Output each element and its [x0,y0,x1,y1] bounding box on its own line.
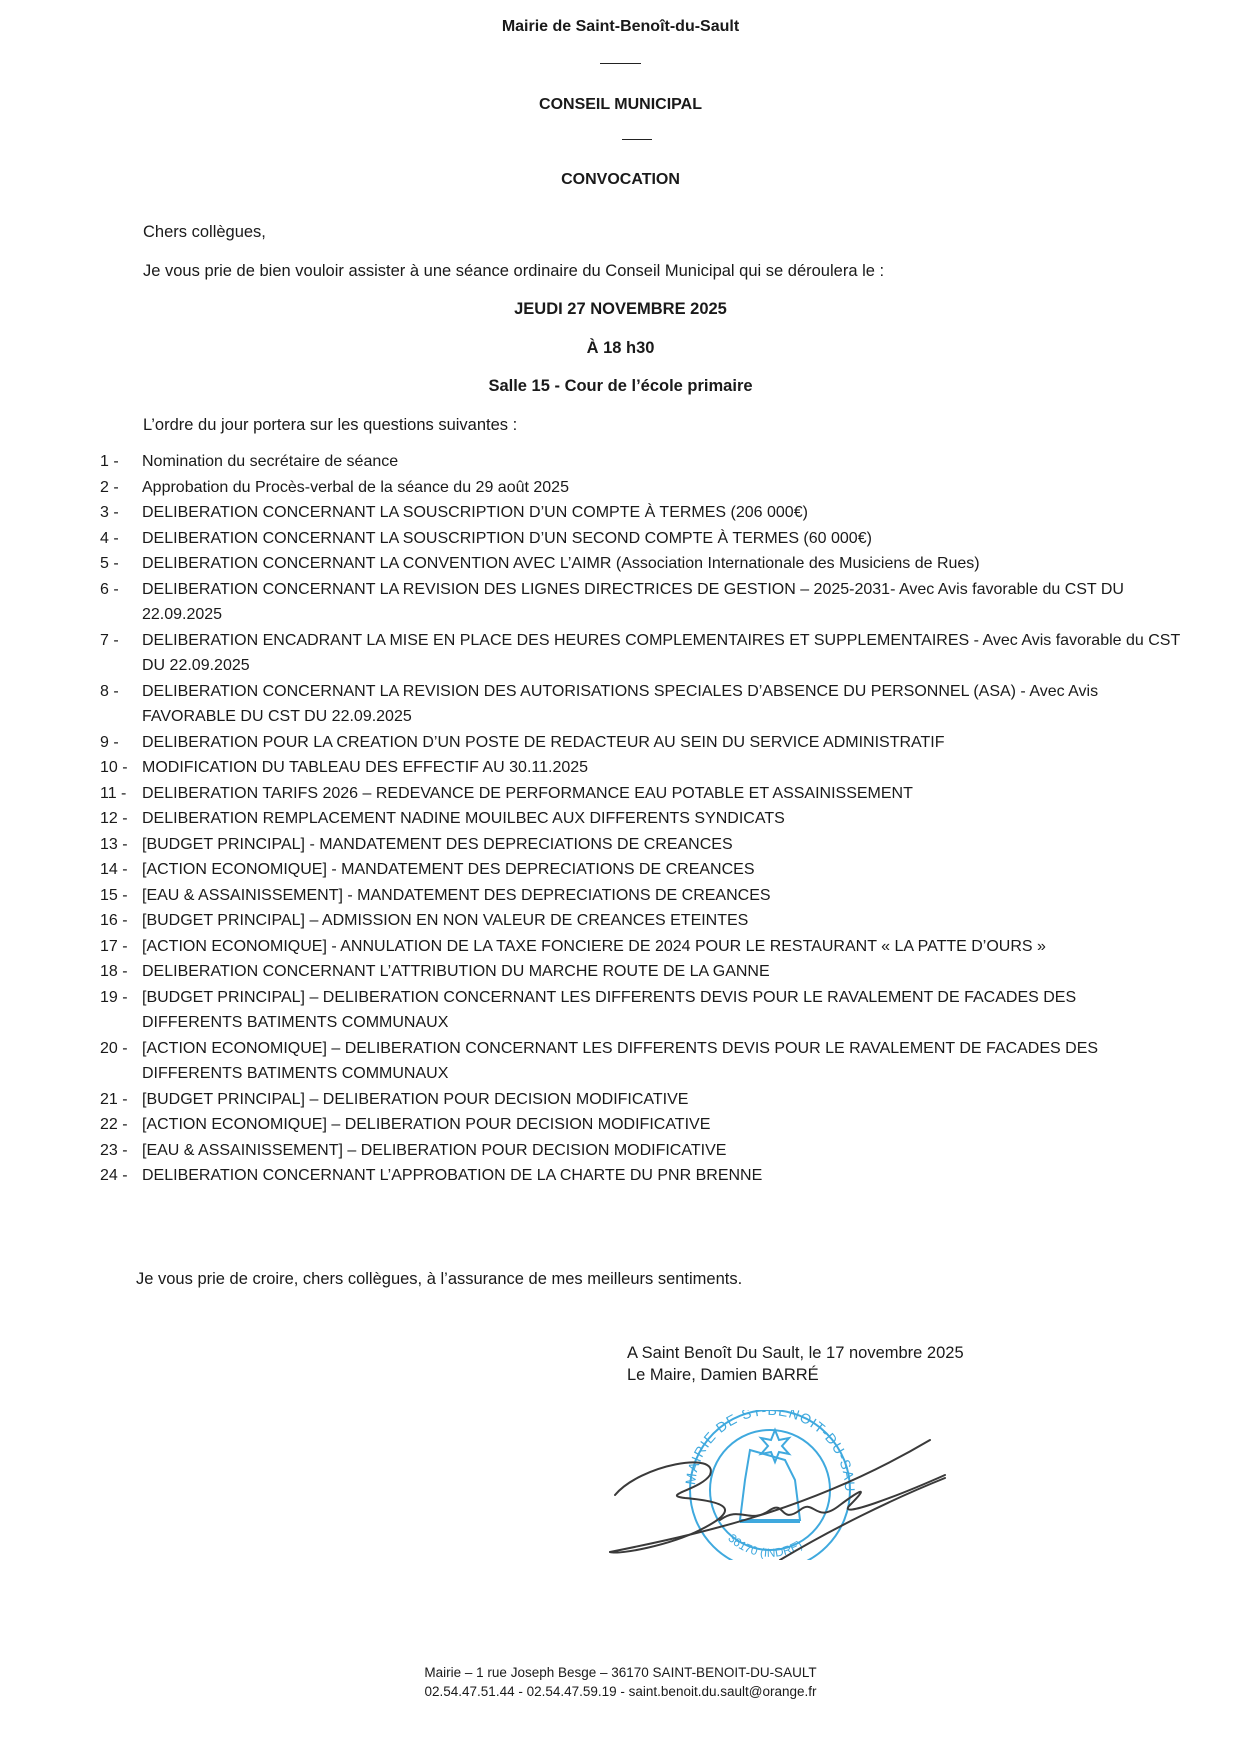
meeting-date: JEUDI 27 NOVEMBRE 2025 [0,300,1241,319]
agenda-item-text: [BUDGET PRINCIPAL] – ADMISSION EN NON VA… [142,908,1200,934]
agenda-item-text: [BUDGET PRINCIPAL] – DELIBERATION CONCER… [142,985,1200,1036]
place-date: A Saint Benoît Du Sault, le 17 novembre … [627,1342,964,1364]
agenda-item-text: DELIBERATION CONCERNANT LA REVISION DES … [142,577,1200,628]
svg-text:MAIRIE DE ST-BENOIT-DU-SAULT: MAIRIE DE ST-BENOIT-DU-SAULT [600,1410,858,1493]
agenda-item-text: DELIBERATION REMPLACEMENT NADINE MOUILBE… [142,806,1200,832]
meeting-location: Salle 15 - Cour de l’école primaire [0,377,1241,396]
agenda-item-number: 20 - [100,1036,142,1062]
agenda-intro: L’ordre du jour portera sur les question… [143,416,517,435]
closing-text: Je vous prie de croire, chers collègues,… [136,1270,742,1289]
signatory-name: Le Maire, Damien BARRÉ [627,1364,964,1386]
footer-address: Mairie – 1 rue Joseph Besge – 36170 SAIN… [0,1663,1241,1682]
convocation-page: Mairie de Saint-Benoît-du-Sault CONSEIL … [0,0,1241,1753]
agenda-item-text: [ACTION ECONOMIQUE] - ANNULATION DE LA T… [142,934,1200,960]
agenda-item-text: DELIBERATION CONCERNANT L’ATTRIBUTION DU… [142,959,1200,985]
agenda-item: 17 -[ACTION ECONOMIQUE] - ANNULATION DE … [100,934,1200,960]
agenda-item: 21 -[BUDGET PRINCIPAL] – DELIBERATION PO… [100,1087,1200,1113]
agenda-item-text: DELIBERATION CONCERNANT LA REVISION DES … [142,679,1200,730]
agenda-item: 15 -[EAU & ASSAINISSEMENT] - MANDATEMENT… [100,883,1200,909]
agenda-item: 22 -[ACTION ECONOMIQUE] – DELIBERATION P… [100,1112,1200,1138]
agenda-item-number: 11 - [100,781,142,807]
agenda-item-text: DELIBERATION CONCERNANT LA CONVENTION AV… [142,551,1200,577]
agenda-item-number: 8 - [100,679,142,705]
agenda-item-number: 12 - [100,806,142,832]
council-title: CONSEIL MUNICIPAL [0,96,1241,114]
agenda-item-number: 18 - [100,959,142,985]
meeting-time: À 18 h30 [0,339,1241,358]
svg-text:36170 (INDRE): 36170 (INDRE) [725,1531,804,1560]
document-type-title: CONVOCATION [0,171,1241,189]
salutation: Chers collègues, [143,223,266,242]
agenda-item: 2 -Approbation du Procès-verbal de la sé… [100,475,1200,501]
stamp-icon: MAIRIE DE ST-BENOIT-DU-SAULT 36170 (INDR… [600,1410,980,1560]
agenda-item-text: [ACTION ECONOMIQUE] – DELIBERATION POUR … [142,1112,1200,1138]
agenda-item-number: 24 - [100,1163,142,1189]
agenda-item: 7 -DELIBERATION ENCADRANT LA MISE EN PLA… [100,628,1200,679]
agenda-item: 10 -MODIFICATION DU TABLEAU DES EFFECTIF… [100,755,1200,781]
header-divider [600,63,641,64]
agenda-item-number: 13 - [100,832,142,858]
agenda-item-text: [BUDGET PRINCIPAL] – DELIBERATION POUR D… [142,1087,1200,1113]
agenda-item-text: [BUDGET PRINCIPAL] - MANDATEMENT DES DEP… [142,832,1200,858]
agenda-item-text: DELIBERATION POUR LA CREATION D’UN POSTE… [142,730,1200,756]
agenda-item: 16 -[BUDGET PRINCIPAL] – ADMISSION EN NO… [100,908,1200,934]
agenda-item-number: 1 - [100,449,142,475]
agenda-item-text: Approbation du Procès-verbal de la séanc… [142,475,1200,501]
agenda-item: 9 -DELIBERATION POUR LA CREATION D’UN PO… [100,730,1200,756]
agenda-item-text: DELIBERATION CONCERNANT LA SOUSCRIPTION … [142,500,1200,526]
official-stamp-and-signature: MAIRIE DE ST-BENOIT-DU-SAULT 36170 (INDR… [600,1410,980,1560]
signature-block: A Saint Benoît Du Sault, le 17 novembre … [627,1342,964,1386]
agenda-item: 8 -DELIBERATION CONCERNANT LA REVISION D… [100,679,1200,730]
agenda-item: 1 -Nomination du secrétaire de séance [100,449,1200,475]
agenda-item-number: 16 - [100,908,142,934]
agenda-item: 18 -DELIBERATION CONCERNANT L’ATTRIBUTIO… [100,959,1200,985]
agenda-item-number: 10 - [100,755,142,781]
agenda-item-text: Nomination du secrétaire de séance [142,449,1200,475]
agenda-item: 20 -[ACTION ECONOMIQUE] – DELIBERATION C… [100,1036,1200,1087]
agenda-item-number: 7 - [100,628,142,654]
footer-contact: 02.54.47.51.44 - 02.54.47.59.19 - saint.… [0,1682,1241,1701]
agenda-item-text: DELIBERATION TARIFS 2026 – REDEVANCE DE … [142,781,1200,807]
agenda-item: 6 -DELIBERATION CONCERNANT LA REVISION D… [100,577,1200,628]
agenda-item-number: 3 - [100,500,142,526]
agenda-item-number: 15 - [100,883,142,909]
agenda-item-text: [ACTION ECONOMIQUE] – DELIBERATION CONCE… [142,1036,1200,1087]
agenda-item: 12 -DELIBERATION REMPLACEMENT NADINE MOU… [100,806,1200,832]
agenda-item: 14 -[ACTION ECONOMIQUE] - MANDATEMENT DE… [100,857,1200,883]
invitation-text: Je vous prie de bien vouloir assister à … [143,262,884,281]
agenda-item-text: [EAU & ASSAINISSEMENT] – DELIBERATION PO… [142,1138,1200,1164]
agenda-item: 24 -DELIBERATION CONCERNANT L’APPROBATIO… [100,1163,1200,1189]
organization-name: Mairie de Saint-Benoît-du-Sault [0,18,1241,36]
agenda-item-text: DELIBERATION CONCERNANT L’APPROBATION DE… [142,1163,1200,1189]
agenda-item-text: DELIBERATION ENCADRANT LA MISE EN PLACE … [142,628,1200,679]
agenda-item-number: 9 - [100,730,142,756]
agenda-item: 4 -DELIBERATION CONCERNANT LA SOUSCRIPTI… [100,526,1200,552]
header-divider-2 [622,139,652,140]
agenda-item-text: [ACTION ECONOMIQUE] - MANDATEMENT DES DE… [142,857,1200,883]
agenda-item-number: 21 - [100,1087,142,1113]
agenda-item: 3 -DELIBERATION CONCERNANT LA SOUSCRIPTI… [100,500,1200,526]
agenda-item: 5 -DELIBERATION CONCERNANT LA CONVENTION… [100,551,1200,577]
agenda-list: 1 -Nomination du secrétaire de séance2 -… [100,449,1200,1189]
agenda-item-number: 6 - [100,577,142,603]
agenda-item-number: 14 - [100,857,142,883]
agenda-item: 19 -[BUDGET PRINCIPAL] – DELIBERATION CO… [100,985,1200,1036]
page-footer: Mairie – 1 rue Joseph Besge – 36170 SAIN… [0,1663,1241,1701]
agenda-item-number: 23 - [100,1138,142,1164]
agenda-item-number: 17 - [100,934,142,960]
agenda-item-number: 5 - [100,551,142,577]
agenda-item: 23 -[EAU & ASSAINISSEMENT] – DELIBERATIO… [100,1138,1200,1164]
agenda-item: 13 -[BUDGET PRINCIPAL] - MANDATEMENT DES… [100,832,1200,858]
agenda-item-number: 19 - [100,985,142,1011]
agenda-item-number: 2 - [100,475,142,501]
agenda-item: 11 -DELIBERATION TARIFS 2026 – REDEVANCE… [100,781,1200,807]
agenda-item-number: 4 - [100,526,142,552]
agenda-item-text: MODIFICATION DU TABLEAU DES EFFECTIF AU … [142,755,1200,781]
agenda-item-text: DELIBERATION CONCERNANT LA SOUSCRIPTION … [142,526,1200,552]
agenda-item-number: 22 - [100,1112,142,1138]
agenda-item-text: [EAU & ASSAINISSEMENT] - MANDATEMENT DES… [142,883,1200,909]
